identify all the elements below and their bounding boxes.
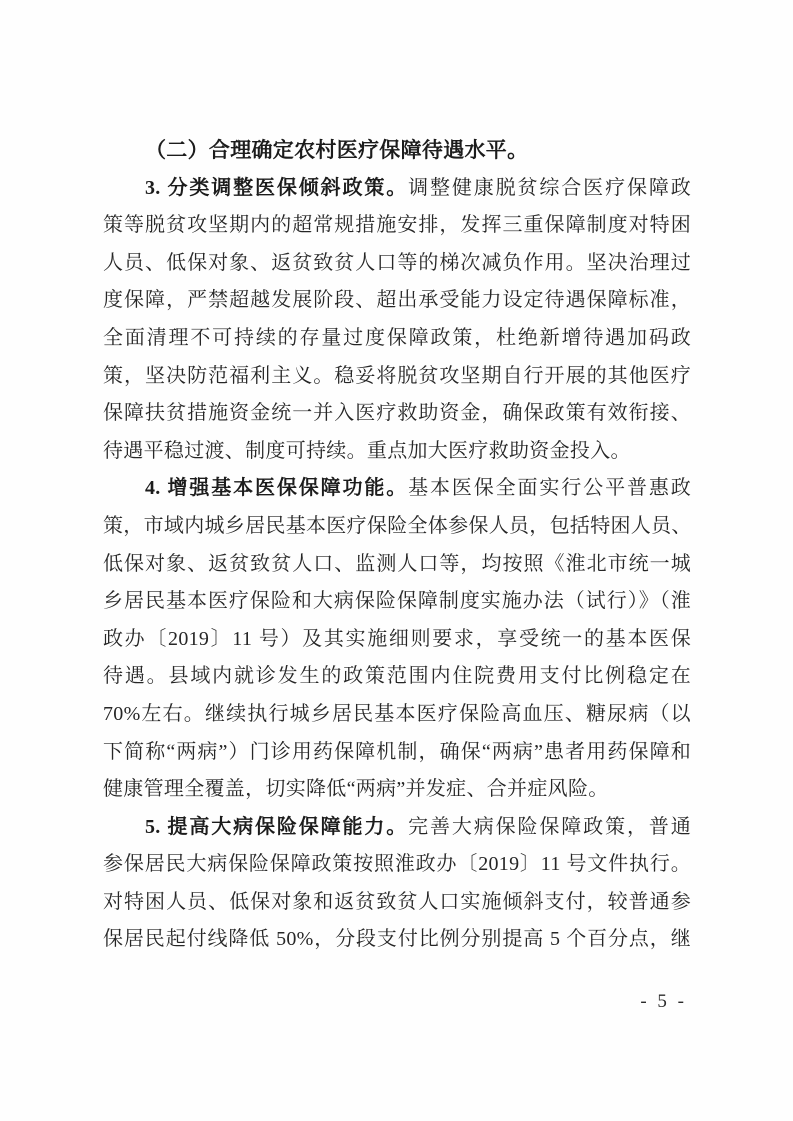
line-text: 人员、低保对象、返贫致贫人口等的梯次减负作用。坚决治理过 xyxy=(103,252,691,274)
document-line: 政办〔2019〕11 号）及其实施细则要求，享受统一的基本医保 xyxy=(103,621,691,659)
document-line: 策，坚决防范福利主义。稳妥将脱贫攻坚期自行开展的其他医疗 xyxy=(103,358,691,396)
line-text: 下简称“两病”）门诊用药保障机制，确保“两病”患者用药保障和 xyxy=(103,741,691,763)
section-heading: （二）合理确定农村医疗保障待遇水平。 xyxy=(103,132,691,170)
document-line: 下简称“两病”）门诊用药保障机制，确保“两病”患者用药保障和 xyxy=(103,734,691,772)
line-text: 政办〔2019〕11 号）及其实施细则要求，享受统一的基本医保 xyxy=(103,628,691,650)
line-text: 全面清理不可持续的存量过度保障政策，杜绝新增待遇加码政 xyxy=(103,327,691,349)
document-line: 70%左右。继续执行城乡居民基本医疗保险高血压、糖尿病（以 xyxy=(103,696,691,734)
document-line: 待遇平稳过渡、制度可持续。重点加大医疗救助资金投入。 xyxy=(103,433,691,471)
paragraph-4-line: 4. 增强基本医保保障功能。基本医保全面实行公平普惠政 xyxy=(103,470,691,508)
document-line: 参保居民大病保险保障政策按照淮政办〔2019〕11 号文件执行。 xyxy=(103,846,691,884)
section-heading-text: （二）合理确定农村医疗保障待遇水平。 xyxy=(145,138,528,162)
document-line: 健康管理全覆盖，切实降低“两病”并发症、合并症风险。 xyxy=(103,771,691,809)
paragraph-4-lead: 4. 增强基本医保保障功能。 xyxy=(145,477,408,499)
line-text: 待遇。县域内就诊发生的政策范围内住院费用支付比例稳定在 xyxy=(103,665,691,687)
paragraph-3-line: 3. 分类调整医保倾斜政策。调整健康脱贫综合医疗保障政 xyxy=(103,170,691,208)
line-text: 对特困人员、低保对象和返贫致贫人口实施倾斜支付，较普通参 xyxy=(103,891,691,913)
line-text: 保居民起付线降低 50%，分段支付比例分别提高 5 个百分点，继 xyxy=(103,928,691,950)
document-body: （二）合理确定农村医疗保障待遇水平。 3. 分类调整医保倾斜政策。调整健康脱贫综… xyxy=(103,132,691,959)
document-line: 乡居民基本医疗保险和大病保险保障制度实施办法（试行）》（淮 xyxy=(103,583,691,621)
paragraph-5-lead: 5. 提高大病保险保障能力。 xyxy=(145,816,408,838)
line-text: 健康管理全覆盖，切实降低“两病”并发症、合并症风险。 xyxy=(103,778,609,800)
paragraph-3-lead: 3. 分类调整医保倾斜政策。 xyxy=(145,177,408,199)
document-line: 保障扶贫措施资金统一并入医疗救助资金，确保政策有效衔接、 xyxy=(103,395,691,433)
document-line: 待遇。县域内就诊发生的政策范围内住院费用支付比例稳定在 xyxy=(103,658,691,696)
page-number: - 5 - xyxy=(640,991,687,1013)
line-text: 基本医保全面实行公平普惠政 xyxy=(408,477,691,499)
document-line: 度保障，严禁超越发展阶段、超出承受能力设定待遇保障标准， xyxy=(103,282,691,320)
document-page: （二）合理确定农村医疗保障待遇水平。 3. 分类调整医保倾斜政策。调整健康脱贫综… xyxy=(0,0,793,1121)
line-text: 度保障，严禁超越发展阶段、超出承受能力设定待遇保障标准， xyxy=(103,289,691,311)
document-line: 保居民起付线降低 50%，分段支付比例分别提高 5 个百分点，继 xyxy=(103,921,691,959)
line-text: 参保居民大病保险保障政策按照淮政办〔2019〕11 号文件执行。 xyxy=(103,853,691,875)
line-text: 乡居民基本医疗保险和大病保险保障制度实施办法（试行）》（淮 xyxy=(103,590,691,612)
document-line: 策等脱贫攻坚期内的超常规措施安排，发挥三重保障制度对特困 xyxy=(103,207,691,245)
line-text: 完善大病保险保障政策，普通 xyxy=(408,816,691,838)
document-line: 全面清理不可持续的存量过度保障政策，杜绝新增待遇加码政 xyxy=(103,320,691,358)
document-line: 对特困人员、低保对象和返贫致贫人口实施倾斜支付，较普通参 xyxy=(103,884,691,922)
document-line: 低保对象、返贫致贫人口、监测人口等，均按照《淮北市统一城 xyxy=(103,546,691,584)
paragraph-5-line: 5. 提高大病保险保障能力。完善大病保险保障政策，普通 xyxy=(103,809,691,847)
line-text: 策，坚决防范福利主义。稳妥将脱贫攻坚期自行开展的其他医疗 xyxy=(103,365,691,387)
line-text: 保障扶贫措施资金统一并入医疗救助资金，确保政策有效衔接、 xyxy=(103,402,691,424)
line-text: 策，市域内城乡居民基本医疗保险全体参保人员，包括特困人员、 xyxy=(103,515,692,537)
document-line: 人员、低保对象、返贫致贫人口等的梯次减负作用。坚决治理过 xyxy=(103,245,691,283)
line-text: 策等脱贫攻坚期内的超常规措施安排，发挥三重保障制度对特困 xyxy=(103,214,691,236)
line-text: 调整健康脱贫综合医疗保障政 xyxy=(408,177,691,199)
line-text: 低保对象、返贫致贫人口、监测人口等，均按照《淮北市统一城 xyxy=(103,553,691,575)
document-line: 策，市域内城乡居民基本医疗保险全体参保人员，包括特困人员、 xyxy=(103,508,691,546)
line-text: 待遇平稳过渡、制度可持续。重点加大医疗救助资金投入。 xyxy=(103,440,631,462)
line-text: 70%左右。继续执行城乡居民基本医疗保险高血压、糖尿病（以 xyxy=(103,703,691,725)
